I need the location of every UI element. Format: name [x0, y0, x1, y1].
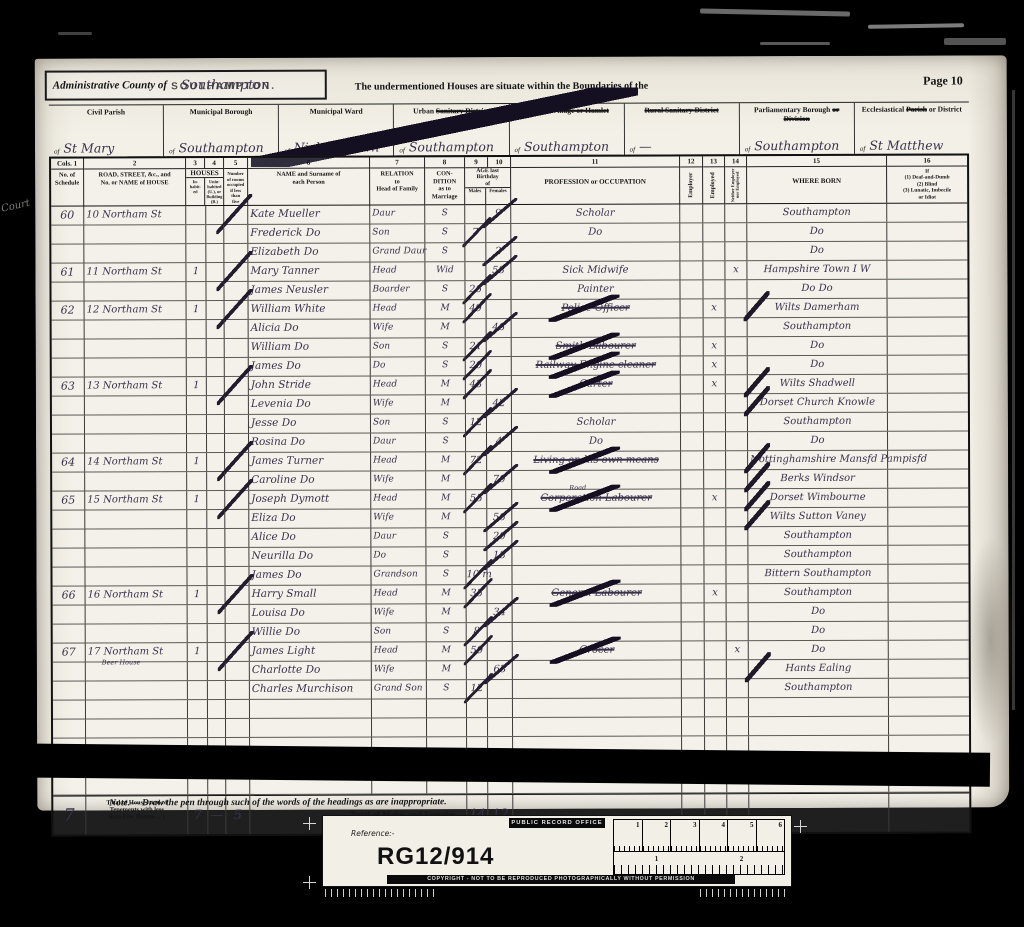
column-header-houses: 34 HOUSES In- habit- edUnin- habited (U.…: [186, 158, 224, 205]
ruler-number: 1: [655, 855, 659, 863]
district-value: ofSouthampton: [167, 135, 275, 157]
cell-relation: Daur: [371, 528, 426, 546]
cell-age-female: 34: [488, 604, 513, 622]
cell-inhabited: 1: [188, 643, 208, 661]
cell-name: Frederick Do: [248, 225, 370, 243]
cell-relation: Head: [372, 642, 427, 660]
cell-name: Willie Do: [250, 624, 372, 642]
ruler-top-scale: 123456: [613, 819, 785, 851]
cell-schedule-no: 63: [52, 378, 85, 396]
totals-schedule-count: 7: [53, 797, 86, 835]
cell-age-female: [487, 357, 512, 375]
cell-where-born: Nottinghamshire Mansfd Pampisfd: [748, 451, 888, 469]
cell-rooms: [225, 320, 249, 338]
cell-occupation: Do: [512, 432, 681, 451]
cell-inhabited: [188, 700, 208, 718]
cell-condition: M: [427, 604, 467, 622]
cell-age-female: [487, 566, 512, 584]
cell-relation: Head: [370, 262, 425, 280]
cell-relation: Wife: [372, 604, 427, 622]
cell-name: Charles Murchison: [250, 681, 372, 699]
cell-where-born: Do: [749, 641, 889, 659]
cell-age-female: 20: [487, 528, 512, 546]
cell-condition: S: [426, 547, 466, 565]
cell-schedule-no: [51, 245, 84, 263]
district-label: Municipal Borough: [167, 107, 275, 117]
cell-rooms: [225, 434, 249, 452]
ruler-segment: 3: [671, 820, 700, 851]
cell-occupation: [513, 660, 682, 679]
cell-where-born: Wilts Sutton Vaney: [748, 508, 888, 526]
cell-employed-mark: [704, 432, 726, 450]
cell-employer-mark: [682, 641, 705, 659]
cell-employed-mark: [705, 603, 727, 621]
ruler-segment: 2: [643, 820, 672, 851]
district-value: ofSt Matthew: [858, 132, 966, 154]
cell-address: [85, 320, 187, 338]
district-value: of—: [628, 133, 736, 155]
cell-condition: S: [425, 281, 465, 299]
cell-employer-mark: [681, 508, 704, 526]
admin-county-box: Administrative County of SOUTHAMPTON. So…: [45, 70, 327, 101]
cell-where-born: Southampton: [749, 679, 889, 697]
cell-occupation: Railway Engine cleaner: [512, 356, 681, 375]
cell-address: 14 Northam St: [85, 453, 187, 471]
cell-employed-mark: [705, 679, 727, 697]
ruler: 123456 12: [613, 819, 785, 877]
cell-occupation: [512, 470, 681, 489]
cell-condition: S: [426, 338, 466, 356]
cell-where-born: Do: [748, 432, 888, 450]
cell-address: 15 Northam St: [85, 491, 187, 509]
cell-occupation: [512, 546, 681, 565]
cell-where-born: Wilts Damerham: [748, 299, 888, 317]
cell-name: Joseph Dymott: [249, 491, 371, 509]
cell-neither-mark: [726, 508, 748, 526]
district-cell: Parliamentary Borough or Division ofSout…: [740, 103, 855, 155]
cell-employed-mark: [705, 622, 727, 640]
cell-age-female: [486, 281, 511, 299]
cell-rooms: [226, 605, 250, 623]
cell-schedule-no: [53, 663, 86, 681]
copyright-bar: COPYRIGHT - NOT TO BE REPRODUCED PHOTOGR…: [387, 875, 735, 884]
cell-employer-mark: [681, 299, 704, 317]
cell-employer-mark: [681, 451, 704, 469]
cell-rooms: [225, 415, 249, 433]
cell-age-female: [488, 680, 513, 698]
cell-name: James Neusler: [248, 282, 370, 300]
cell-infirmity: [888, 469, 968, 487]
cell-condition: Wid: [425, 262, 465, 280]
cell-age-male: 7: [465, 224, 486, 242]
cell-employed-mark: [704, 527, 726, 545]
cell-occupation: [513, 603, 682, 622]
cell-uninhabited: [208, 605, 226, 623]
cell-employed-mark: [704, 451, 726, 469]
cell-occupation: [512, 394, 681, 413]
cell-address: [86, 700, 188, 718]
cell-name: Eliza Do: [249, 510, 371, 528]
cell-age-male: 59: [467, 642, 488, 660]
cell-infirmity: [889, 583, 969, 601]
cell-age-male: [466, 547, 487, 565]
cell-where-born: Do: [747, 223, 887, 241]
cell-where-born: Southampton: [749, 584, 889, 602]
cell-age-male: 55: [466, 490, 487, 508]
cell-schedule-no: 67: [53, 644, 86, 662]
cell-neither-mark: [726, 413, 748, 431]
cell-condition: M: [426, 452, 466, 470]
cell-occupation: [512, 527, 681, 546]
cell-age-male: 49: [466, 300, 487, 318]
prc-stamp: PUBLIC RECORD OFFICE Reference:- RG12/91…: [322, 815, 792, 887]
cell-employed-mark: [703, 204, 725, 222]
cell-occupation: Scholar: [512, 413, 681, 432]
cell-name: Harry Small: [250, 586, 372, 604]
column-header-infirmity: 16If (1) Deaf-and-Dumb (2) Blind (3) Lun…: [887, 155, 967, 202]
reference-label: Reference:-: [351, 829, 395, 838]
cell-schedule-no: 61: [51, 264, 84, 282]
cell-neither-mark: x: [727, 641, 749, 659]
undermentioned-text: The undermentioned Houses are situate wi…: [355, 80, 715, 92]
cell-relation: Boarder: [370, 281, 425, 299]
cell-relation: Head: [372, 585, 427, 603]
cell-condition: [427, 718, 467, 736]
cell-occupation: Grocer: [513, 641, 682, 660]
cell-occupation: RoadCorporation Labourer: [512, 489, 681, 508]
cell-employed-mark: x: [704, 375, 726, 393]
cell-employed-mark: [704, 470, 726, 488]
cell-inhabited: [188, 624, 208, 642]
cell-uninhabited: [208, 643, 226, 661]
cell-infirmity: [889, 640, 969, 658]
cell-address: [85, 472, 187, 490]
cell-condition: S: [425, 224, 465, 242]
cell-condition: S: [427, 680, 467, 698]
cell-employed-mark: [703, 223, 725, 241]
cell-age-male: 26: [465, 281, 486, 299]
cell-employer-mark: [681, 375, 704, 393]
cell-condition: S: [425, 243, 465, 261]
cell-where-born: Southampton: [748, 527, 888, 545]
cell-inhabited: [186, 282, 206, 300]
cell-uninhabited: [208, 662, 226, 680]
cell-relation: [372, 699, 427, 717]
cell-where-born: Hampshire Town I W: [747, 261, 887, 279]
cell-uninhabited: [208, 586, 226, 604]
cell-rooms: [225, 567, 249, 585]
column-header-road: 2ROAD, STREET, &c., and No. or NAME of H…: [84, 158, 186, 205]
cell-age-male: [467, 718, 488, 736]
cell-relation: Daur: [371, 433, 426, 451]
cell-infirmity: [888, 507, 968, 525]
cell-name: James Turner: [249, 453, 371, 471]
cell-relation: Head: [371, 452, 426, 470]
cell-uninhabited: [207, 415, 225, 433]
cell-employer-mark: [681, 527, 704, 545]
cell-employed-mark: [705, 698, 727, 716]
film-tick-marks: [700, 889, 786, 897]
cell-address: [85, 415, 187, 433]
cell-where-born: Do: [749, 603, 889, 621]
admin-county-value: SOUTHAMPTON. Southampton: [173, 74, 313, 96]
cell-schedule-no: 60: [51, 207, 84, 225]
cell-infirmity: [889, 716, 969, 734]
cell-age-male: 12: [467, 680, 488, 698]
cell-employer-mark: [682, 679, 705, 697]
cell-condition: M: [426, 509, 466, 527]
cell-address: [86, 681, 188, 699]
cell-schedule-no: [53, 701, 86, 719]
cell-name: [250, 700, 372, 718]
cell-where-born: [749, 698, 889, 716]
cell-uninhabited: [208, 700, 226, 718]
ruler-bottom-scale: 12: [613, 851, 785, 875]
cell-occupation: [513, 679, 682, 698]
cell-neither-mark: [727, 717, 749, 735]
cell-where-born: Southampton: [748, 546, 888, 564]
district-cell: Municipal Borough ofSouthampton: [164, 105, 279, 157]
cell-condition: M: [427, 585, 467, 603]
cell-address: [86, 624, 188, 642]
cell-neither-mark: [725, 204, 747, 222]
cell-rooms: [224, 225, 248, 243]
cell-infirmity: [888, 355, 968, 373]
cell-schedule-no: [52, 321, 85, 339]
cell-employer-mark: [681, 337, 704, 355]
cell-where-born: Wilts Shadwell: [748, 375, 888, 393]
cell-employed-mark: [704, 508, 726, 526]
district-value: ofSouthampton: [512, 134, 620, 156]
district-value: ofSt Mary: [52, 135, 160, 157]
cell-age-male: [466, 528, 487, 546]
cell-age-female: [488, 718, 513, 736]
cell-schedule-no: [53, 720, 86, 738]
cell-occupation: Living on his own means: [512, 451, 681, 470]
cell-age-male: 43: [466, 376, 487, 394]
cell-uninhabited: [207, 339, 225, 357]
cell-uninhabited: [207, 510, 225, 528]
cell-schedule-no: 62: [52, 302, 85, 320]
cell-address: [85, 396, 187, 414]
cell-schedule-no: [52, 435, 85, 453]
cell-address: 11 Northam St: [84, 263, 186, 281]
cell-age-male: [467, 604, 488, 622]
cell-neither-mark: [726, 470, 748, 488]
cell-employed-mark: x: [704, 489, 726, 507]
district-label: Parliamentary Borough or Division: [743, 105, 851, 124]
cell-neither-mark: [726, 318, 748, 336]
cell-age-female: 63: [488, 661, 513, 679]
cell-rooms: [225, 548, 249, 566]
cell-infirmity: [887, 260, 967, 278]
district-value: ofSouthampton: [397, 134, 505, 156]
cell-employed-mark: x: [705, 584, 727, 602]
cell-employer-mark: [682, 622, 705, 640]
page-number: Page 10: [923, 73, 963, 88]
cell-age-female: [487, 452, 512, 470]
cell-address: [84, 244, 186, 262]
cell-name: [250, 719, 372, 737]
cell-age-male: [465, 205, 486, 223]
cell-uninhabited: [206, 263, 224, 281]
cell-schedule-no: [52, 511, 85, 529]
cell-schedule-no: [51, 283, 84, 301]
cell-schedule-no: 64: [52, 454, 85, 472]
cell-uninhabited: [208, 624, 226, 642]
cell-uninhabited: [207, 320, 225, 338]
cell-infirmity: [888, 336, 968, 354]
cell-infirmity: [889, 697, 969, 715]
cell-rooms: [225, 453, 249, 471]
cell-condition: S: [425, 205, 465, 223]
cell-rooms: [224, 244, 248, 262]
cell-inhabited: [187, 358, 207, 376]
cell-age-male: [465, 243, 486, 261]
column-header-rooms: 5Number of rooms occupied if less than f…: [224, 158, 248, 205]
cell-condition: S: [426, 433, 466, 451]
district-cell: Ecclesiastical Parish or District ofSt M…: [855, 102, 969, 154]
cell-employer-mark: [682, 584, 705, 602]
cell-age-female: [487, 414, 512, 432]
cell-occupation: [513, 622, 682, 641]
cell-name: Neurilla Do: [249, 548, 371, 566]
cell-neither-mark: [727, 603, 749, 621]
cell-employer-mark: [681, 470, 704, 488]
cell-relation: Head: [371, 376, 426, 394]
cell-inhabited: 1: [186, 263, 206, 281]
cell-rooms: [226, 700, 250, 718]
cell-where-born: Southampton: [748, 413, 888, 431]
cell-rooms: [226, 719, 250, 737]
cell-address: [86, 605, 188, 623]
cell-age-female: [487, 490, 512, 508]
cell-infirmity: [889, 659, 969, 677]
cell-relation: Wife: [371, 395, 426, 413]
cell-age-male: [466, 433, 487, 451]
cell-relation: Wife: [371, 471, 426, 489]
district-value: ofNichols Town: [282, 134, 390, 156]
district-cell: Town or Village or Hamlet ofSouthampton: [509, 104, 624, 156]
cell-condition: M: [427, 642, 467, 660]
cell-name: James Light: [250, 643, 372, 661]
cell-where-born: Do Do: [747, 280, 887, 298]
cell-neither-mark: [726, 337, 748, 355]
cell-infirmity: [888, 545, 968, 563]
margin-annotation: Court: [0, 198, 31, 215]
cell-infirmity: [888, 564, 968, 582]
cell-age-female: 4: [487, 433, 512, 451]
cell-neither-mark: [727, 660, 749, 678]
cell-age-female: 18: [487, 547, 512, 565]
cell-where-born: Berks Windsor: [748, 470, 888, 488]
cell-condition: S: [426, 566, 466, 584]
cell-inhabited: 1: [187, 453, 207, 471]
cell-inhabited: [188, 662, 208, 680]
cell-neither-mark: [726, 299, 748, 317]
cell-age-male: 8: [467, 623, 488, 641]
cell-address: [86, 719, 188, 737]
cell-neither-mark: [726, 451, 748, 469]
cell-address: [86, 662, 188, 680]
cell-infirmity: [889, 621, 969, 639]
cell-infirmity: [888, 412, 968, 430]
cell-infirmity: [887, 222, 967, 240]
cell-inhabited: [187, 567, 207, 585]
cell-schedule-no: [52, 359, 85, 377]
cell-relation: Son: [370, 224, 425, 242]
cell-where-born: Hants Ealing: [749, 660, 889, 678]
cell-address: 16 Northam St: [86, 586, 188, 604]
cell-occupation: Scholar: [511, 204, 680, 223]
cell-where-born: Dorset Wimbourne: [748, 489, 888, 507]
cell-neither-mark: [725, 223, 747, 241]
cell-age-female: 9: [486, 205, 511, 223]
cell-age-male: [466, 471, 487, 489]
cell-address: [84, 225, 186, 243]
cell-age-male: 10 m: [466, 566, 487, 584]
ruler-segment: 1: [614, 820, 643, 851]
cell-uninhabited: [207, 529, 225, 547]
cell-neither-mark: [726, 527, 748, 545]
cell-occupation: [513, 717, 682, 736]
cell-relation: [372, 718, 427, 736]
cell-inhabited: [188, 605, 208, 623]
cell-employer-mark: [681, 356, 704, 374]
cell-occupation: Painter: [511, 280, 680, 299]
cell-name: John Stride: [249, 377, 371, 395]
cell-occupation: [513, 698, 682, 717]
cell-condition: M: [426, 471, 466, 489]
cell-uninhabited: [207, 358, 225, 376]
cell-name: William Do: [249, 339, 371, 357]
cell-schedule-no: [52, 397, 85, 415]
cell-employer-mark: [681, 546, 704, 564]
cell-name: James Do: [249, 358, 371, 376]
cell-employed-mark: [703, 261, 725, 279]
cell-rooms: [225, 377, 249, 395]
cell-age-female: 56: [487, 509, 512, 527]
cell-age-female: 42: [487, 395, 512, 413]
cell-inhabited: [188, 719, 208, 737]
cell-age-male: [467, 699, 488, 717]
cell-employer-mark: [680, 242, 703, 260]
cell-infirmity: [888, 431, 968, 449]
cell-neither-mark: [726, 546, 748, 564]
cell-address: [85, 358, 187, 376]
cell-employed-mark: [705, 660, 727, 678]
cell-age-female: [487, 300, 512, 318]
registration-mark: [303, 817, 316, 830]
cell-where-born: Do: [748, 337, 888, 355]
cell-employer-mark: [681, 413, 704, 431]
cell-age-female: 58: [486, 262, 511, 280]
district-label: Rural Sanitary District: [627, 105, 735, 115]
cell-address: [85, 529, 187, 547]
cell-inhabited: 1: [187, 301, 207, 319]
ruler-segment: 4: [700, 820, 729, 851]
cell-age-male: [465, 262, 486, 280]
cell-uninhabited: [206, 225, 224, 243]
cell-uninhabited: [207, 434, 225, 452]
cell-infirmity: [888, 526, 968, 544]
cell-age-female: 2: [486, 243, 511, 261]
cell-occupation: Carter: [512, 375, 681, 394]
cell-occupation: General Labourer: [513, 584, 682, 603]
cell-relation: Son: [371, 414, 426, 432]
cell-age-female: [487, 338, 512, 356]
column-header-employer: 12Employer: [680, 156, 703, 203]
